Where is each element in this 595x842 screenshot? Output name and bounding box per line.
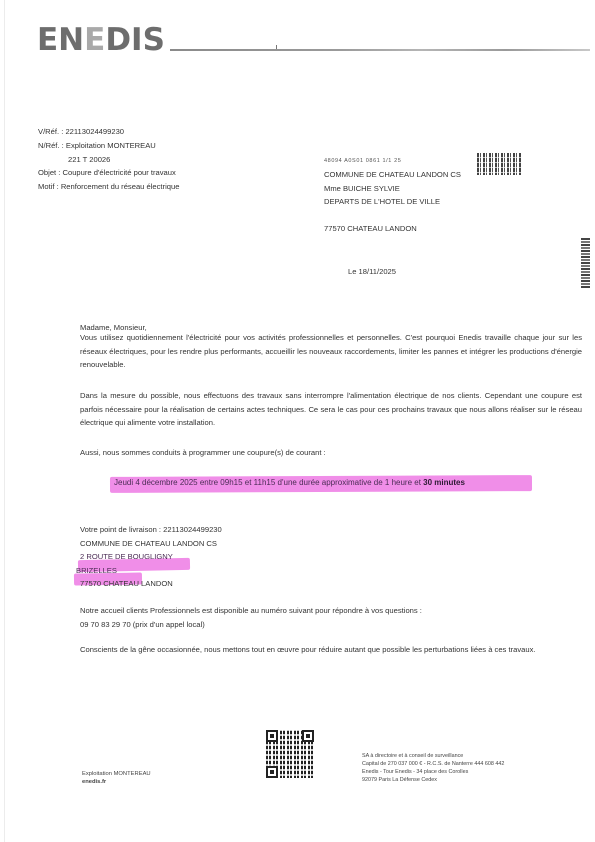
footer-sender: Exploitation MONTEREAU enedis.fr bbox=[82, 770, 151, 786]
side-barcode bbox=[581, 238, 590, 288]
legal-line: Enedis - Tour Enedis - 34 place des Coro… bbox=[362, 768, 504, 776]
delivery-point-value: 22113024499230 bbox=[163, 525, 222, 534]
mail-sort-code: 48094 A0S01 0861 1/1 25 bbox=[324, 155, 461, 168]
qr-finder-top-left bbox=[266, 730, 278, 742]
legal-line: SA à directoire et à conseil de surveill… bbox=[362, 752, 504, 760]
paragraph-4: Notre accueil clients Professionnels est… bbox=[80, 604, 582, 618]
datamatrix-code bbox=[477, 153, 521, 175]
letter-date: Le 18/11/2025 bbox=[348, 267, 396, 276]
legal-line: 92079 Paris La Défense Cedex bbox=[362, 776, 504, 784]
paragraph-works: Dans la mesure du possible, nous effectu… bbox=[80, 389, 582, 430]
logo-part-en: EN bbox=[37, 22, 84, 58]
outage-schedule: Jeudi 4 décembre 2025 entre 09h15 et 11h… bbox=[114, 478, 465, 488]
paragraph-1: Vous utilisez quotidiennement l'électric… bbox=[80, 331, 582, 372]
recipient-street: DEPARTS DE L'HOTEL DE VILLE bbox=[324, 195, 461, 208]
paragraph-intro: Vous utilisez quotidiennement l'électric… bbox=[80, 331, 582, 372]
objet-row: Objet : Coupure d'électricité pour trava… bbox=[38, 166, 179, 180]
notre-ref-label: N/Réf. : bbox=[38, 141, 64, 150]
delivery-name: COMMUNE DE CHATEAU LANDON CS bbox=[80, 537, 222, 551]
qr-code bbox=[266, 730, 314, 778]
qr-finder-top-right bbox=[302, 730, 314, 742]
votre-ref-row: V/Réf. : 22113024499230 bbox=[38, 125, 179, 139]
motif-label: Motif : bbox=[38, 182, 59, 191]
delivery-locality: BRIZELLES bbox=[76, 564, 222, 578]
enedis-logo: ENEDIS bbox=[37, 24, 165, 56]
paragraph-5: Conscients de la gêne occasionnée, nous … bbox=[80, 643, 582, 657]
notre-ref-row: N/Réf. : Exploitation MONTEREAU bbox=[38, 139, 179, 153]
notre-ref-value: Exploitation MONTEREAU bbox=[66, 141, 156, 150]
delivery-point-block: Votre point de livraison : 2211302449923… bbox=[80, 523, 222, 591]
logo-part-dis: DIS bbox=[105, 22, 165, 58]
header-rule bbox=[170, 49, 590, 51]
legal-line: Capital de 270 037 000 € - R.C.S. de Nan… bbox=[362, 760, 504, 768]
recipient-contact: Mme BUICHE SYLVIE bbox=[324, 182, 461, 195]
paragraph-3: Aussi, nous sommes conduits à programmer… bbox=[80, 446, 582, 460]
recipient-address: 48094 A0S01 0861 1/1 25 COMMUNE DE CHATE… bbox=[324, 155, 461, 235]
footer-legal: SA à directoire et à conseil de surveill… bbox=[362, 752, 504, 784]
motif-row: Motif : Renforcement du réseau électriqu… bbox=[38, 180, 179, 194]
recipient-city: 77570 CHATEAU LANDON bbox=[324, 222, 461, 235]
qr-finder-bottom-left bbox=[266, 766, 278, 778]
delivery-city: 77570 CHATEAU LANDON bbox=[80, 577, 222, 591]
delivery-street: 2 ROUTE DE BOUGLIGNY bbox=[80, 550, 222, 564]
delivery-point-row: Votre point de livraison : 2211302449923… bbox=[80, 523, 222, 537]
contact-phone: 09 70 83 29 70 (prix d'un appel local) bbox=[80, 618, 582, 632]
references-block: V/Réf. : 22113024499230 N/Réf. : Exploit… bbox=[38, 125, 179, 194]
votre-ref-label: V/Réf. : bbox=[38, 127, 63, 136]
paragraph-closing: Conscients de la gêne occasionnée, nous … bbox=[80, 643, 582, 657]
logo-part-e: E bbox=[84, 22, 105, 58]
outage-schedule-text: Jeudi 4 décembre 2025 entre 09h15 et 11h… bbox=[114, 478, 423, 487]
paragraph-outage-intro: Aussi, nous sommes conduits à programmer… bbox=[80, 446, 582, 460]
motif-value: Renforcement du réseau électrique bbox=[61, 182, 180, 191]
objet-value: Coupure d'électricité pour travaux bbox=[63, 168, 176, 177]
footer-website: enedis.fr bbox=[82, 778, 151, 786]
delivery-point-label: Votre point de livraison : bbox=[80, 525, 161, 534]
footer-sender-name: Exploitation MONTEREAU bbox=[82, 770, 151, 778]
outage-duration-emphasis: 30 minutes bbox=[423, 478, 465, 487]
votre-ref-value: 22113024499230 bbox=[65, 127, 124, 136]
scan-edge bbox=[4, 0, 5, 842]
recipient-name: COMMUNE DE CHATEAU LANDON CS bbox=[324, 168, 461, 181]
header-tick bbox=[276, 45, 277, 49]
paragraph-2: Dans la mesure du possible, nous effectu… bbox=[80, 389, 582, 430]
notre-ref-code: 221 T 20026 bbox=[38, 153, 179, 167]
paragraph-contact: Notre accueil clients Professionnels est… bbox=[80, 604, 582, 631]
objet-label: Objet : bbox=[38, 168, 60, 177]
